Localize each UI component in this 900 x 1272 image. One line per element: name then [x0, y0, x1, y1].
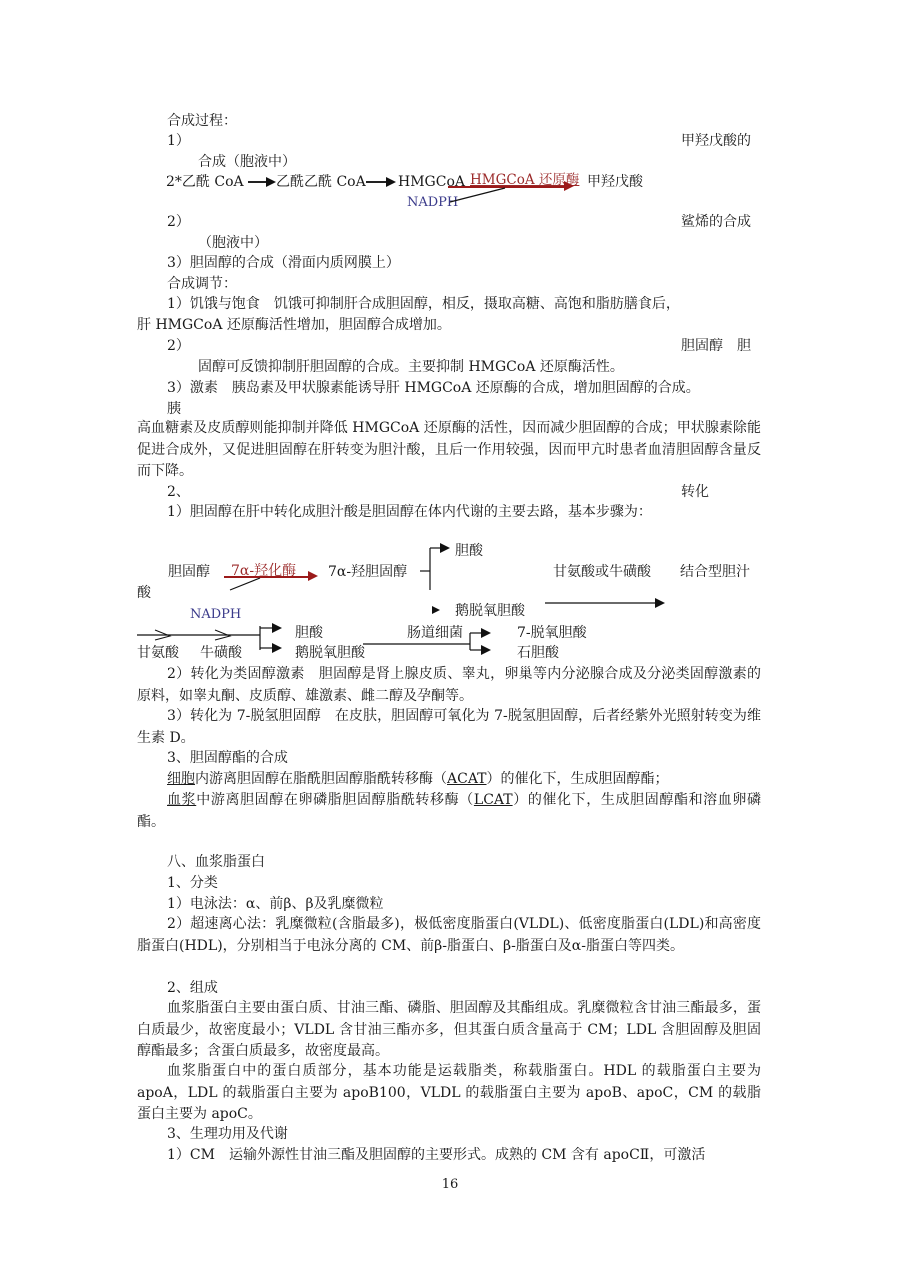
- chenodeoxycholic-label: 鹅脱氧胆酸: [455, 601, 525, 621]
- intestinal-bacteria-label: 肠道细菌: [407, 623, 463, 643]
- page-number: 16: [0, 1177, 900, 1192]
- chenodeoxycholic-out-label: 鹅脱氧胆酸: [295, 643, 365, 663]
- glycine-taurine-label: 甘氨酸或牛磺酸: [553, 562, 651, 582]
- classification-heading: 1、分类: [167, 873, 218, 893]
- composition-heading: 2、组成: [167, 978, 218, 998]
- cholic-acid-out-label: 胆酸: [295, 623, 323, 643]
- conversion-item3: 3）转化为 7-脱氢胆固醇 在皮肤，胆固醇可氧化为 7-脱氢胆固醇，后者经紫外光…: [137, 706, 761, 749]
- deoxycholic-label: 7-脱氧胆酸: [517, 623, 587, 643]
- document-page: 合成过程： 1） 甲羟戊酸的 合成（胞液中） 2*乙酰 CoA 乙酰乙酰 CoA…: [0, 0, 900, 1272]
- composition-para2: 血浆脂蛋白中的蛋白质部分，基本功能是运载脂类，称载脂蛋白。HDL 的载脂蛋白主要…: [137, 1061, 761, 1126]
- arrow-right-icon: [440, 543, 450, 553]
- function-heading: 3、生理功用及代谢: [167, 1124, 288, 1144]
- arrow-right-icon: [272, 623, 282, 633]
- lipoprotein-heading: 八、血浆脂蛋白: [167, 852, 265, 872]
- glycine-label: 甘氨酸: [137, 643, 179, 663]
- acat-term: ACAT: [447, 771, 487, 787]
- lithocholic-label: 石胆酸: [517, 643, 559, 663]
- arrow-right-icon: [432, 606, 440, 614]
- cell-term: 细胞: [167, 771, 195, 787]
- ester-heading: 3、胆固醇酯的合成: [167, 748, 288, 768]
- taurine-label: 牛磺酸: [200, 643, 242, 663]
- arrow-right-icon: [655, 598, 665, 608]
- ester-line2: 血浆中游离胆固醇在卵磷脂胆固醇脂酰转移酶（LCAT）的催化下，生成胆固醇酯和溶血…: [137, 790, 761, 833]
- lcat-term: LCAT: [474, 792, 513, 808]
- conjugated-bile-label: 结合型胆汁: [680, 562, 750, 582]
- arrow-right-icon: [481, 628, 491, 638]
- composition-para1: 血浆脂蛋白主要由蛋白质、甘油三酯、磷脂、胆固醇及其酯组成。乳糜微粒含甘油三酯最多…: [137, 998, 761, 1063]
- arrow-right-icon: [481, 645, 491, 655]
- plasma-term: 血浆: [167, 792, 196, 808]
- classification-item1: 1）电泳法：α、前β、β及乳糜微粒: [167, 894, 384, 914]
- arrow-right-icon: [272, 643, 282, 653]
- function-item1: 1）CM 运输外源性甘油三酯及胆固醇的主要形式。成熟的 CM 含有 apoCⅡ，…: [167, 1145, 705, 1165]
- ester-line1: 细胞内游离胆固醇在脂酰胆固醇脂酰转移酶（ACAT）的催化下，生成胆固醇酯；: [167, 769, 669, 789]
- classification-item2: 2）超速离心法：乳糜微粒(含脂最多)，极低密度脂蛋白(VLDL)、低密度脂蛋白(…: [137, 914, 761, 957]
- cholic-acid-label: 胆酸: [455, 541, 483, 561]
- conversion-item2: 2）转化为类固醇激素 胆固醇是肾上腺皮质、睾丸，卵巢等内分泌腺合成及分泌类固醇激…: [137, 664, 761, 707]
